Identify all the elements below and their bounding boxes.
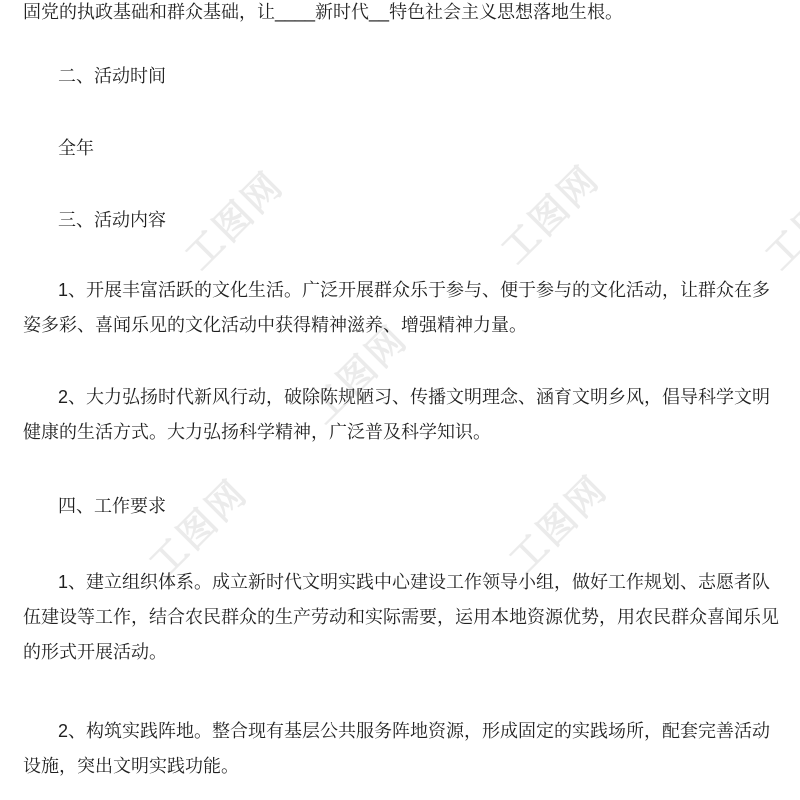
para-culture-life-line-2: 姿多彩、喜闻乐见的文化活动中获得精神滋养、增强精神力量。: [23, 308, 527, 343]
document-body: 固党的执政基础和群众基础，让____新时代__特色社会主义思想落地生根。 二、活…: [0, 0, 800, 800]
para-new-trends-line-2: 健康的生活方式。大力弘扬科学精神，广泛普及科学知识。: [23, 415, 491, 450]
text-full-year: 全年: [58, 131, 94, 166]
para-practice-position-line-1: 2、构筑实践阵地。整合现有基层公共服务阵地资源，形成固定的实践场所，配套完善活动: [58, 714, 770, 749]
para-culture-life-line-1: 1、开展丰富活跃的文化生活。广泛开展群众乐于参与、便于参与的文化活动，让群众在多: [58, 273, 770, 308]
para-org-system-line-3: 的形式开展活动。: [23, 635, 167, 670]
heading-activity-time: 二、活动时间: [58, 59, 166, 94]
heading-work-requirements: 四、工作要求: [58, 489, 166, 524]
para-org-system-line-2: 伍建设等工作，结合农民群众的生产劳动和实际需要，运用本地资源优势，用农民群众喜闻…: [23, 600, 779, 635]
para-new-trends-line-1: 2、大力弘扬时代新风行动，破除陈规陋习、传播文明理念、涵育文明乡风，倡导科学文明: [58, 380, 770, 415]
document-preview-page: 工图网 工图网 工图网 工图网 工图网 工图网 固党的执政基础和群众基础，让__…: [0, 0, 800, 800]
para-practice-position-line-2: 设施，突出文明实践功能。: [23, 749, 239, 784]
para-intro-continuation-line: 固党的执政基础和群众基础，让____新时代__特色社会主义思想落地生根。: [23, 0, 623, 30]
heading-activity-content: 三、活动内容: [58, 203, 166, 238]
para-org-system-line-1: 1、建立组织体系。成立新时代文明实践中心建设工作领导小组，做好工作规划、志愿者队: [58, 565, 770, 600]
